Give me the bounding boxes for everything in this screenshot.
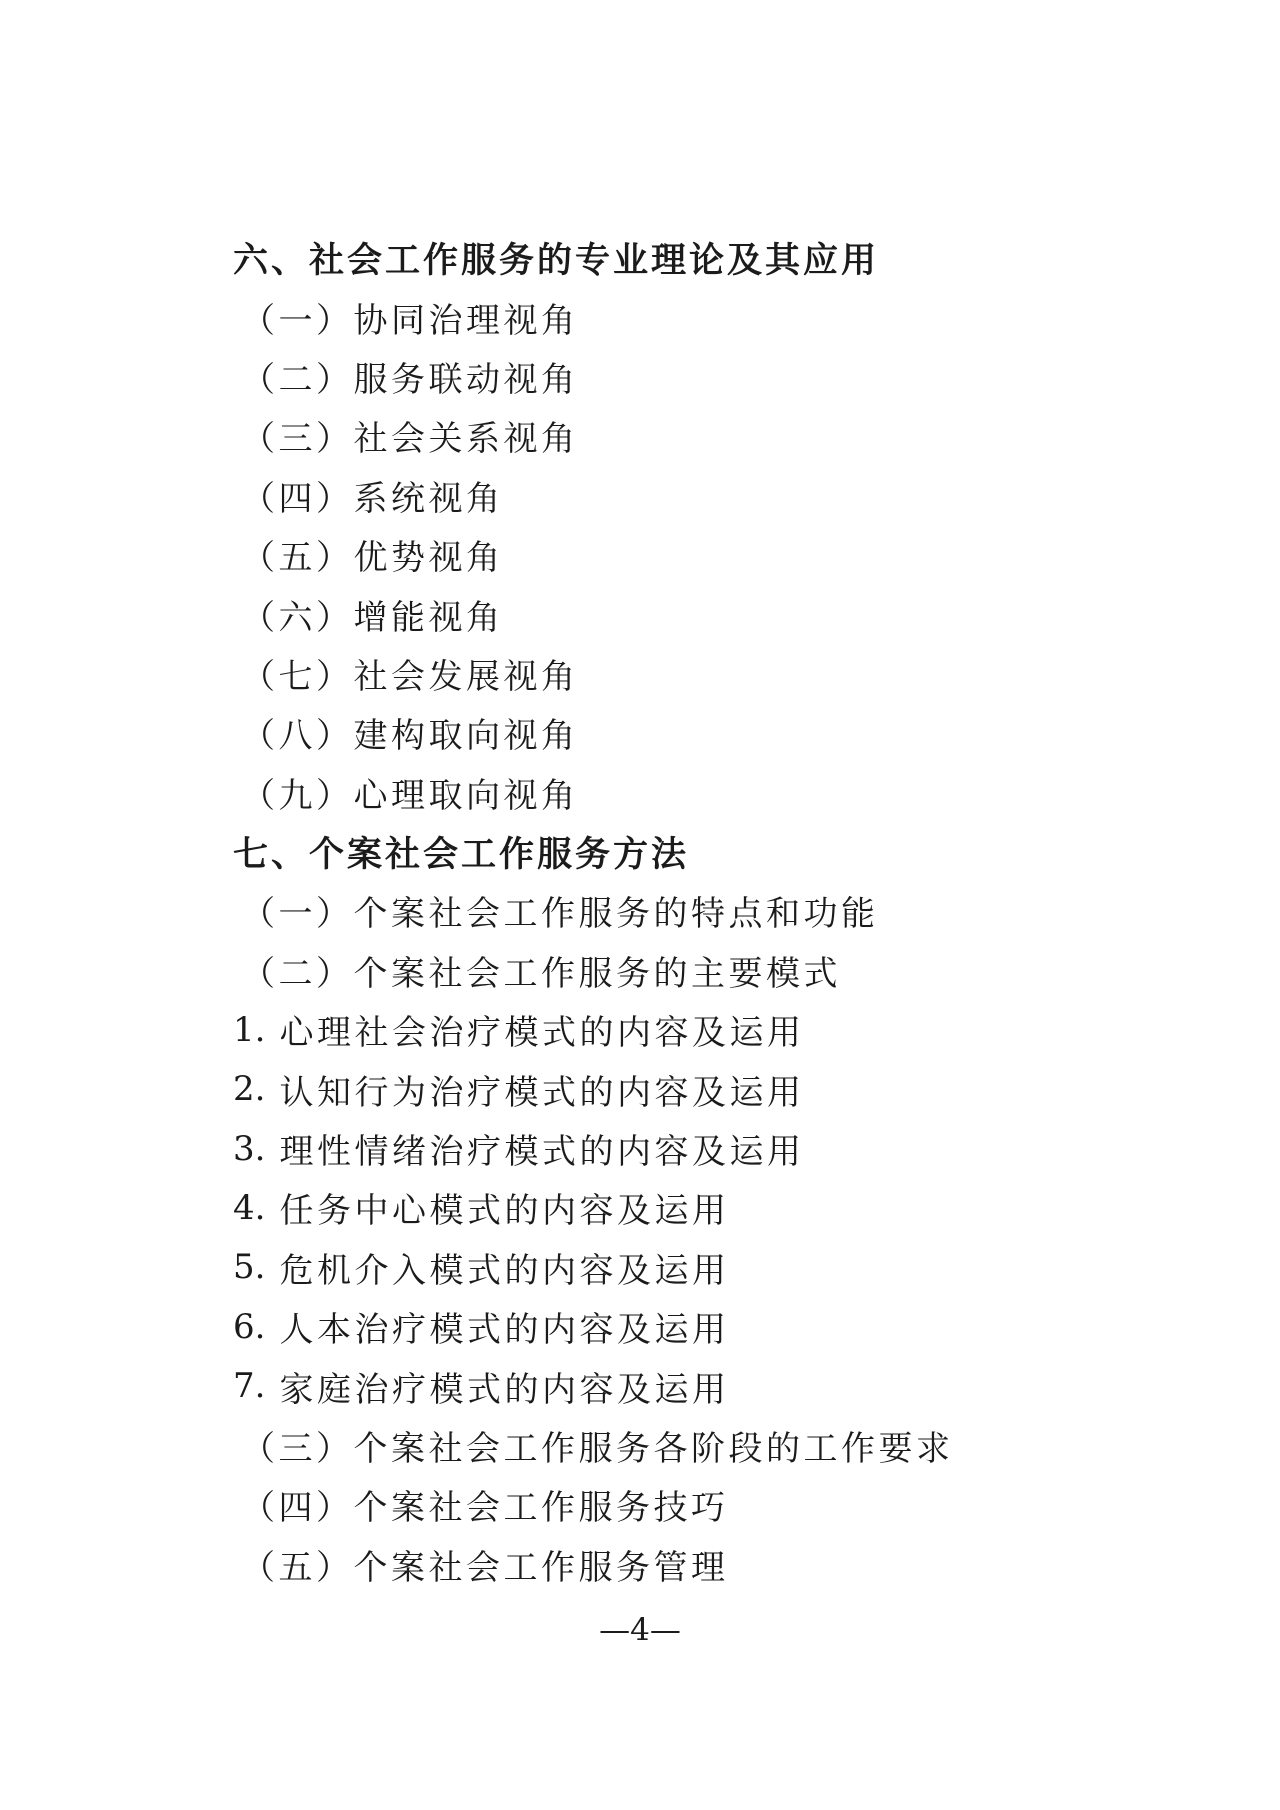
line-text: 认知行为治疗模式的内容及运用	[279, 1065, 804, 1114]
line-text: 理性情绪治疗模式的内容及运用	[279, 1124, 804, 1173]
outline-line: （四）系统视角	[241, 466, 1200, 525]
list-number: 6.	[233, 1307, 265, 1347]
outline-line: （一）个案社会工作服务的特点和功能	[241, 881, 1200, 940]
outline-line: （三）个案社会工作服务各阶段的工作要求	[241, 1416, 1200, 1475]
outline-line: 1.心理社会治疗模式的内容及运用	[233, 1000, 1200, 1059]
outline: 六、社会工作服务的专业理论及其应用（一）协同治理视角（二）服务联动视角（三）社会…	[233, 228, 1200, 1594]
list-number: 3.	[233, 1129, 265, 1169]
line-text: 危机介入模式的内容及运用	[279, 1243, 729, 1292]
outline-line: （一）协同治理视角	[241, 287, 1200, 346]
page-number: —4—	[0, 1612, 1280, 1648]
outline-line: （四）个案社会工作服务技巧	[241, 1475, 1200, 1534]
outline-line: 3.理性情绪治疗模式的内容及运用	[233, 1119, 1200, 1178]
list-number: 5.	[233, 1247, 265, 1287]
line-text: 任务中心模式的内容及运用	[279, 1183, 729, 1232]
outline-line: （六）增能视角	[241, 584, 1200, 643]
outline-line: 5.危机介入模式的内容及运用	[233, 1238, 1200, 1297]
outline-line: （五）个案社会工作服务管理	[241, 1535, 1200, 1594]
outline-line: （三）社会关系视角	[241, 406, 1200, 465]
list-number: 7.	[233, 1366, 265, 1406]
outline-line: 2.认知行为治疗模式的内容及运用	[233, 1059, 1200, 1118]
outline-line: （二）服务联动视角	[241, 347, 1200, 406]
outline-line: （五）优势视角	[241, 525, 1200, 584]
outline-heading: 六、社会工作服务的专业理论及其应用	[233, 228, 1200, 287]
line-text: 心理社会治疗模式的内容及运用	[279, 1005, 804, 1054]
outline-line: 4.任务中心模式的内容及运用	[233, 1178, 1200, 1237]
outline-line: 7.家庭治疗模式的内容及运用	[233, 1356, 1200, 1415]
outline-line: （九）心理取向视角	[241, 763, 1200, 822]
line-text: 人本治疗模式的内容及运用	[279, 1302, 729, 1351]
list-number: 4.	[233, 1188, 265, 1228]
outline-line: （八）建构取向视角	[241, 703, 1200, 762]
document-page: 六、社会工作服务的专业理论及其应用（一）协同治理视角（二）服务联动视角（三）社会…	[0, 0, 1280, 1810]
outline-line: （七）社会发展视角	[241, 644, 1200, 703]
outline-line: 6.人本治疗模式的内容及运用	[233, 1297, 1200, 1356]
list-number: 1.	[233, 1010, 265, 1050]
line-text: 家庭治疗模式的内容及运用	[279, 1362, 729, 1411]
outline-line: （二）个案社会工作服务的主要模式	[241, 941, 1200, 1000]
list-number: 2.	[233, 1069, 265, 1109]
outline-heading: 七、个案社会工作服务方法	[233, 822, 1200, 881]
